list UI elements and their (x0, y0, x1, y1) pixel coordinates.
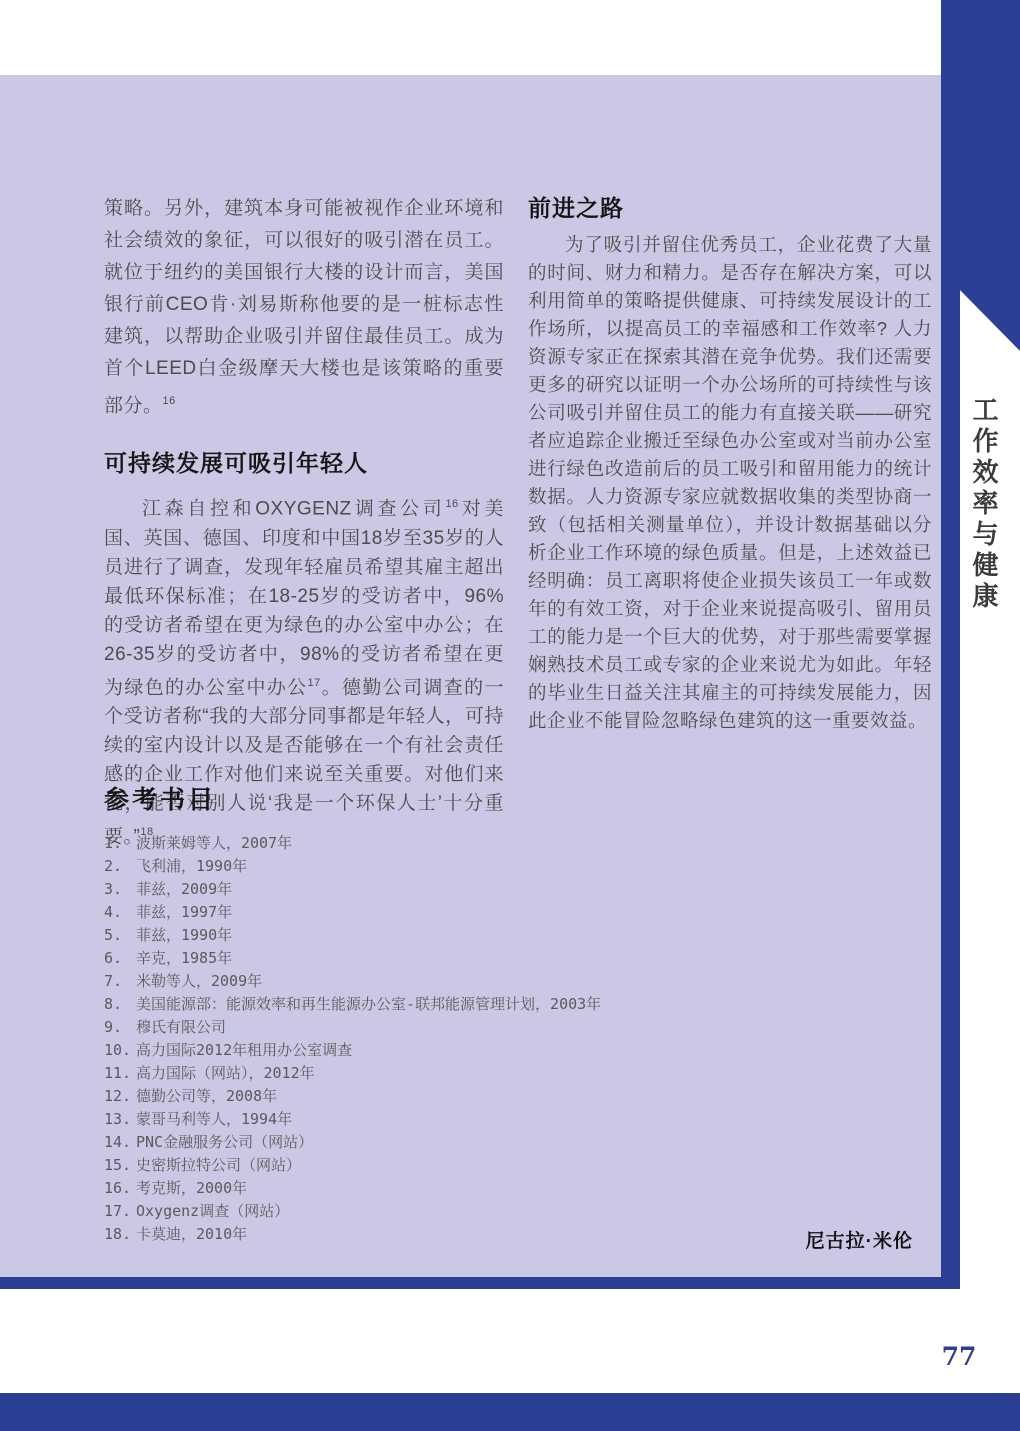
references-section: 参考书目 1.波斯莱姆等人，2007年 2.飞利浦，1990年 3.菲兹，200… (104, 780, 824, 1246)
reference-item: 1.波斯莱姆等人，2007年 (104, 832, 824, 855)
right-margin-banner-notch (959, 289, 1020, 351)
reference-number: 16. (104, 1177, 136, 1200)
paragraph: 为了吸引并留住优秀员工，企业花费了大量的时间、财力和精力。是否存在解决方案，可以… (528, 231, 932, 735)
reference-text: Oxygenz调查（网站） (136, 1202, 289, 1220)
panel-bottom-rule (0, 1277, 960, 1289)
right-margin-banner (941, 0, 1020, 289)
section-heading: 可持续发展可吸引年轻人 (104, 448, 504, 478)
reference-number: 17. (104, 1200, 136, 1223)
reference-number: 12. (104, 1085, 136, 1108)
reference-text: 辛克，1985年 (136, 949, 232, 967)
reference-item: 13.蒙哥马利等人，1994年 (104, 1108, 824, 1131)
book-page: { "page": { "sidebar_title": "工作效率与健康", … (0, 0, 1020, 1431)
reference-item: 10.高力国际2012年租用办公室调查 (104, 1039, 824, 1062)
reference-item: 6.辛克，1985年 (104, 947, 824, 970)
reference-item: 14.PNC金融服务公司（网站） (104, 1131, 824, 1154)
reference-text: 蒙哥马利等人，1994年 (136, 1110, 292, 1128)
reference-item: 11.高力国际（网站），2012年 (104, 1062, 824, 1085)
reference-text: 史密斯拉特公司（网站） (136, 1156, 301, 1174)
reference-number: 2. (104, 855, 136, 878)
reference-item: 4.菲兹，1997年 (104, 901, 824, 924)
right-margin-rule (941, 289, 960, 1289)
reference-number: 13. (104, 1108, 136, 1131)
reference-item: 8.美国能源部：能源效率和再生能源办公室-联邦能源管理计划，2003年 (104, 993, 824, 1016)
paragraph-text: 对美国、英国、德国、印度和中国18岁至35岁的人员进行了调查，发现年轻雇员希望其… (104, 499, 504, 698)
reference-text: 高力国际2012年租用办公室调查 (136, 1041, 352, 1059)
right-column: 前进之路 为了吸引并留住优秀员工，企业花费了大量的时间、财力和精力。是否存在解决… (528, 193, 932, 735)
reference-text: 波斯莱姆等人，2007年 (136, 834, 292, 852)
reference-text: 菲兹，1990年 (136, 926, 232, 944)
references-heading: 参考书目 (104, 780, 824, 816)
author-byline: 尼古拉·米伦 (806, 1226, 913, 1253)
paragraph: 策略。另外，建筑本身可能被视作企业环境和社会绩效的象征，可以很好的吸引潜在员工。… (104, 193, 504, 422)
section-heading: 前进之路 (528, 193, 932, 223)
reference-number: 18. (104, 1223, 136, 1246)
reference-text: 美国能源部：能源效率和再生能源办公室-联邦能源管理计划，2003年 (136, 995, 601, 1013)
reference-item: 16.考克斯，2000年 (104, 1177, 824, 1200)
reference-number: 8. (104, 993, 136, 1016)
reference-text: PNC金融服务公司（网站） (136, 1133, 313, 1151)
footnote-ref: 17 (308, 677, 321, 689)
reference-number: 4. (104, 901, 136, 924)
reference-number: 5. (104, 924, 136, 947)
reference-item: 5.菲兹，1990年 (104, 924, 824, 947)
reference-number: 1. (104, 832, 136, 855)
left-column: 策略。另外，建筑本身可能被视作企业环境和社会绩效的象征，可以很好的吸引潜在员工。… (104, 193, 504, 851)
reference-number: 6. (104, 947, 136, 970)
reference-text: 菲兹，1997年 (136, 903, 232, 921)
reference-item: 2.飞利浦，1990年 (104, 855, 824, 878)
footnote-ref: 16 (163, 395, 176, 407)
reference-item: 18.卡莫迪，2010年 (104, 1223, 824, 1246)
reference-text: 卡莫迪，2010年 (136, 1225, 247, 1243)
reference-item: 17.Oxygenz调查（网站） (104, 1200, 824, 1223)
reference-number: 3. (104, 878, 136, 901)
reference-item: 12.德勤公司等，2008年 (104, 1085, 824, 1108)
reference-number: 10. (104, 1039, 136, 1062)
footer-band (0, 1393, 1020, 1431)
paragraph-text: 江森自控和OXYGENZ调查公司 (142, 499, 445, 520)
reference-number: 7. (104, 970, 136, 993)
reference-item: 3.菲兹，2009年 (104, 878, 824, 901)
reference-number: 9. (104, 1016, 136, 1039)
reference-number: 15. (104, 1154, 136, 1177)
reference-text: 德勤公司等，2008年 (136, 1087, 277, 1105)
reference-item: 15.史密斯拉特公司（网站） (104, 1154, 824, 1177)
reference-text: 飞利浦，1990年 (136, 857, 247, 875)
reference-text: 穆氏有限公司 (136, 1018, 226, 1036)
paragraph-text: 策略。另外，建筑本身可能被视作企业环境和社会绩效的象征，可以很好的吸引潜在员工。… (104, 198, 504, 416)
reference-text: 米勒等人，2009年 (136, 972, 262, 990)
footnote-ref: 16 (445, 498, 458, 510)
page-number: 77 (936, 1342, 982, 1371)
reference-item: 9.穆氏有限公司 (104, 1016, 824, 1039)
chapter-title-vertical: 工作效率与健康 (966, 396, 1003, 613)
reference-text: 高力国际（网站），2012年 (136, 1064, 315, 1082)
reference-text: 菲兹，2009年 (136, 880, 232, 898)
reference-number: 11. (104, 1062, 136, 1085)
reference-text: 考克斯，2000年 (136, 1179, 247, 1197)
reference-number: 14. (104, 1131, 136, 1154)
reference-item: 7.米勒等人，2009年 (104, 970, 824, 993)
